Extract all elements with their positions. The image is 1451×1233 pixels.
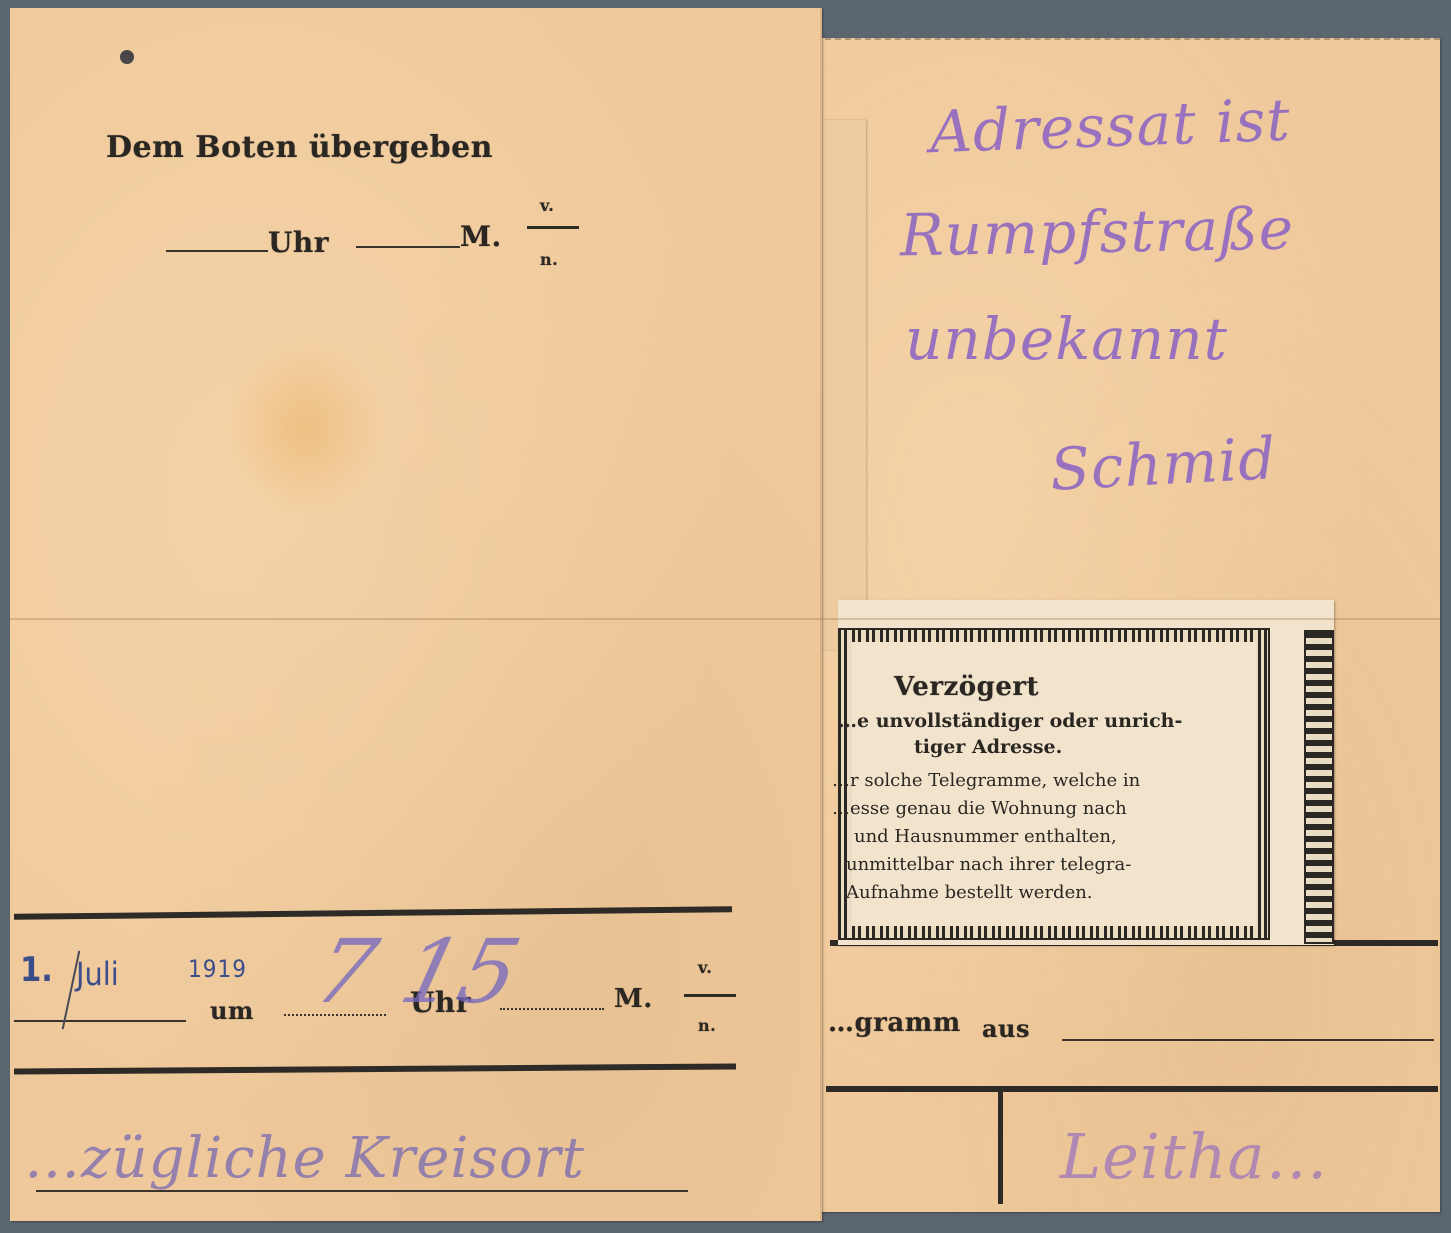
label-title: Verzögert bbox=[894, 672, 1039, 702]
handwritten-note-line2: Rumpfstraße bbox=[899, 195, 1294, 270]
handwritten-place: Leitha… bbox=[1060, 1120, 1329, 1193]
label-line-1: …e unvollständiger oder unrich- bbox=[838, 710, 1182, 732]
horizontal-fold bbox=[10, 618, 1440, 620]
delay-notice-label: Verzögert …e unvollständiger oder unrich… bbox=[838, 600, 1334, 945]
left-sheet bbox=[10, 8, 822, 1221]
label-line-3: …r solche Telegramme, welche in bbox=[832, 770, 1140, 791]
origin-field-line bbox=[1062, 1039, 1434, 1041]
am-label: v. bbox=[540, 196, 554, 215]
date-stamp-month: Juli bbox=[76, 955, 119, 993]
bottom-signature-line bbox=[36, 1190, 688, 1192]
handwritten-delivery-time: 7 15 bbox=[305, 920, 531, 1023]
delivered-to-messenger-header: Dem Boten übergeben bbox=[106, 130, 493, 165]
minute-label: M. bbox=[460, 220, 502, 253]
vertical-fold bbox=[820, 8, 822, 1221]
handwritten-note-line3: unbekannt bbox=[905, 305, 1228, 373]
label-line-7: Aufnahme bestellt werden. bbox=[846, 882, 1093, 903]
right-rule-bottom bbox=[826, 1086, 1438, 1092]
handwritten-note-line1: Adressat ist bbox=[929, 86, 1292, 167]
right-column-divider bbox=[998, 1092, 1003, 1204]
label-line-4: …esse genau die Wohnung nach bbox=[832, 798, 1127, 819]
handwritten-signature: Schmid bbox=[1048, 424, 1277, 504]
am-pm-divider bbox=[527, 226, 579, 229]
date-field-line bbox=[14, 1020, 186, 1022]
minute-field-line-2 bbox=[500, 1008, 604, 1010]
am-pm-divider-2 bbox=[684, 994, 736, 997]
label-ornamental-strip bbox=[1304, 630, 1334, 944]
aus-label: aus bbox=[982, 1014, 1030, 1043]
label-line-2: tiger Adresse. bbox=[914, 736, 1062, 758]
telegram-label-fragment: …gramm bbox=[828, 1008, 961, 1038]
date-stamp-year: 1919 bbox=[188, 955, 247, 983]
pm-label-2: n. bbox=[698, 1016, 716, 1035]
pm-label: n. bbox=[540, 250, 558, 269]
uhr-label: Uhr bbox=[268, 226, 329, 259]
label-line-5: und Hausnummer enthalten, bbox=[854, 826, 1117, 847]
date-stamp-day: 1. bbox=[20, 950, 53, 990]
handwritten-recipient-place: …zügliche Kreisort bbox=[24, 1126, 585, 1191]
hour-field-line bbox=[166, 250, 268, 252]
ink-spot bbox=[120, 50, 134, 64]
label-line-6: unmittelbar nach ihrer telegra- bbox=[846, 854, 1131, 875]
minute-label-2: M. bbox=[614, 984, 653, 1014]
paper-stain bbox=[225, 338, 385, 518]
am-label-2: v. bbox=[698, 958, 712, 977]
um-label: um bbox=[210, 996, 254, 1025]
minute-field-line bbox=[356, 246, 460, 248]
